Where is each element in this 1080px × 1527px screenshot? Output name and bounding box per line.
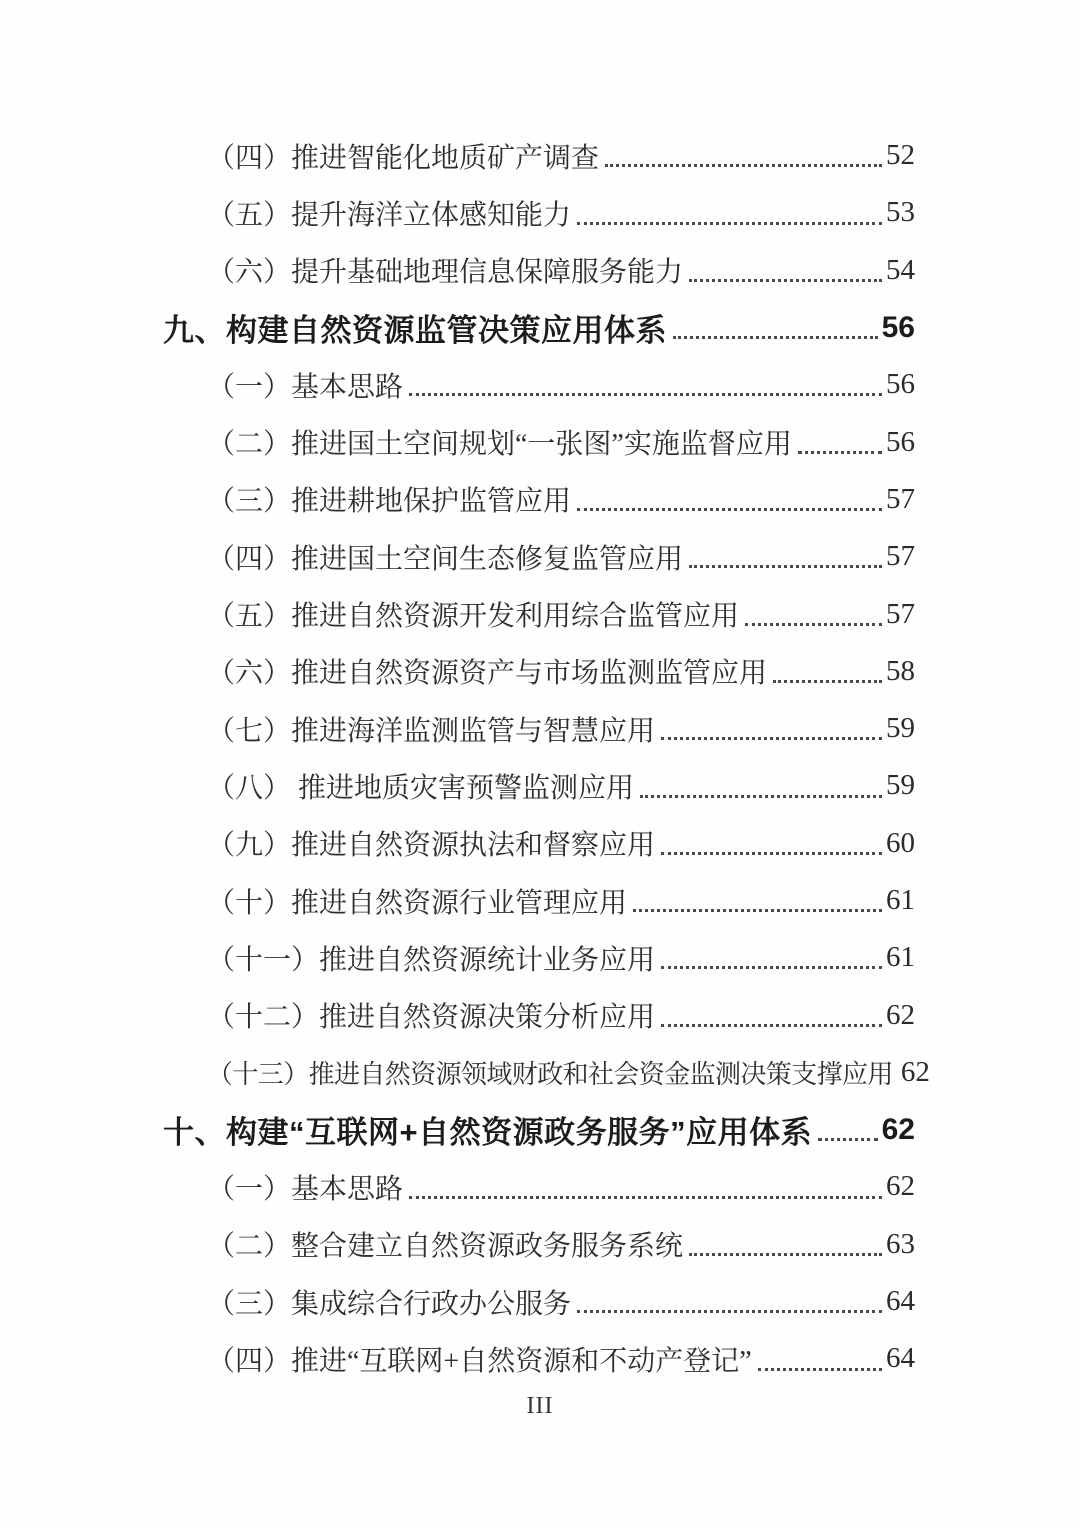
toc-entry-label: （五）推进自然资源开发利用综合监管应用 — [207, 594, 739, 634]
toc-entry: （三）推进耕地保护监管应用 57 — [163, 471, 915, 528]
dot-leader — [673, 299, 878, 339]
toc-entry: （七）推进海洋监测监管与智慧应用 59 — [163, 700, 915, 757]
toc-entry-page: 61 — [886, 941, 915, 974]
document-page: （四）推进智能化地质矿产调查 52 （五）提升海洋立体感知能力 53 （六）提升… — [0, 0, 1080, 1527]
toc-entry-label: （二）推进国土空间规划“一张图”实施监督应用 — [207, 422, 792, 462]
toc-entry: （五）提升海洋立体感知能力 53 — [163, 184, 915, 241]
toc-entry-label: （二）整合建立自然资源政务服务系统 — [207, 1224, 683, 1264]
dot-leader — [633, 872, 882, 912]
toc-entry-page: 54 — [886, 254, 915, 287]
dot-leader — [577, 1273, 882, 1313]
toc-entry: （十一）推进自然资源统计业务应用 61 — [163, 929, 915, 986]
toc-entry-page: 53 — [886, 196, 915, 229]
toc-entry-label: （六）提升基础地理信息保障服务能力 — [207, 250, 683, 290]
toc-entry: （四）推进国土空间生态修复监管应用 57 — [163, 528, 915, 585]
dot-leader — [605, 127, 882, 167]
toc-entry-page: 64 — [886, 1342, 915, 1375]
toc-entry: （十）推进自然资源行业管理应用 61 — [163, 872, 915, 929]
dot-leader — [689, 528, 882, 568]
toc-entry-page: 62 — [886, 1170, 915, 1203]
toc-entry-page: 56 — [882, 311, 915, 345]
dot-leader — [798, 413, 882, 453]
toc-entry: （九）推进自然资源执法和督察应用 60 — [163, 815, 915, 872]
toc-entry: （五）推进自然资源开发利用综合监管应用 57 — [163, 585, 915, 642]
toc-entry-page: 62 — [882, 1113, 915, 1147]
toc-entry: （一）基本思路 56 — [163, 356, 915, 413]
toc-entry: （二）推进国土空间规划“一张图”实施监督应用 56 — [163, 413, 915, 470]
toc-entry-label: 九、构建自然资源监管决策应用体系 — [163, 305, 667, 350]
toc-entry-page: 56 — [886, 368, 915, 401]
dot-leader — [409, 356, 882, 396]
dot-leader — [640, 757, 882, 797]
toc-entry-label: （四）推进智能化地质矿产调查 — [207, 136, 599, 176]
dot-leader — [661, 815, 882, 855]
toc-entry-label: （一）基本思路 — [207, 1167, 403, 1207]
toc-entry-label: （十）推进自然资源行业管理应用 — [207, 881, 627, 921]
toc-entry: （十二）推进自然资源决策分析应用 62 — [163, 986, 915, 1043]
toc-entry: （六）推进自然资源资产与市场监测监管应用 58 — [163, 643, 915, 700]
toc-entry: （一）基本思路 62 — [163, 1158, 915, 1215]
toc-entry-label: 十、构建“互联网+自然资源政务服务”应用体系 — [163, 1107, 812, 1152]
toc-entry-label: （四）推进“互联网+自然资源和不动产登记” — [207, 1339, 752, 1379]
toc-entry-page: 57 — [886, 598, 915, 631]
dot-leader — [577, 184, 882, 224]
toc-entry-label: （四）推进国土空间生态修复监管应用 — [207, 537, 683, 577]
toc-entry: 九、构建自然资源监管决策应用体系 56 — [163, 299, 915, 356]
toc-entry-page: 64 — [886, 1285, 915, 1318]
toc-entry-label: （一）基本思路 — [207, 365, 403, 405]
dot-leader — [577, 471, 882, 511]
toc-entry-label: （六）推进自然资源资产与市场监测监管应用 — [207, 651, 767, 691]
dot-leader — [895, 1044, 899, 1084]
toc-entry-page: 52 — [886, 139, 915, 172]
dot-leader — [661, 986, 882, 1026]
toc-entry-label: （十二）推进自然资源决策分析应用 — [207, 995, 655, 1035]
toc-entry-label: （十三）推进自然资源领域财政和社会资金监测决策支撑应用 — [207, 1054, 893, 1091]
toc-entry-label: （八） 推进地质灾害预警监测应用 — [207, 766, 634, 806]
dot-leader — [409, 1158, 882, 1198]
toc-entry: （三）集成综合行政办公服务 64 — [163, 1273, 915, 1330]
toc-entry-page: 61 — [886, 884, 915, 917]
toc-entry-page: 63 — [886, 1228, 915, 1261]
toc-entry-label: （三）集成综合行政办公服务 — [207, 1282, 571, 1322]
toc-entry-label: （三）推进耕地保护监管应用 — [207, 479, 571, 519]
toc-entry-page: 62 — [886, 999, 915, 1032]
toc-entry: （四）推进“互联网+自然资源和不动产登记” 64 — [163, 1330, 915, 1387]
toc-entry-page: 57 — [886, 540, 915, 573]
toc-entry-page: 57 — [886, 483, 915, 516]
toc-entry: （十三）推进自然资源领域财政和社会资金监测决策支撑应用 62 — [163, 1044, 915, 1101]
dot-leader — [661, 700, 882, 740]
page-footer-number: III — [0, 1393, 1080, 1420]
toc-entry-label: （五）提升海洋立体感知能力 — [207, 193, 571, 233]
toc-entry-label: （九）推进自然资源执法和督察应用 — [207, 823, 655, 863]
toc-entry: （六）提升基础地理信息保障服务能力 54 — [163, 242, 915, 299]
toc-entry: （四）推进智能化地质矿产调查 52 — [163, 127, 915, 184]
dot-leader — [745, 585, 882, 625]
toc-entry-page: 62 — [901, 1056, 930, 1089]
toc-entry-page: 56 — [886, 426, 915, 459]
toc-entry: （二）整合建立自然资源政务服务系统 63 — [163, 1216, 915, 1273]
toc-entry-label: （七）推进海洋监测监管与智慧应用 — [207, 709, 655, 749]
dot-leader — [689, 1216, 882, 1256]
toc-entry: （八） 推进地质灾害预警监测应用 59 — [163, 757, 915, 814]
toc-entry-page: 60 — [886, 827, 915, 860]
toc-entry-page: 58 — [886, 655, 915, 688]
toc-entry-page: 59 — [886, 712, 915, 745]
dot-leader — [689, 242, 882, 282]
dot-leader — [758, 1330, 882, 1370]
toc-list: （四）推进智能化地质矿产调查 52 （五）提升海洋立体感知能力 53 （六）提升… — [163, 127, 915, 1388]
toc-entry-label: （十一）推进自然资源统计业务应用 — [207, 938, 655, 978]
dot-leader — [818, 1101, 878, 1141]
dot-leader — [773, 643, 882, 683]
toc-entry: 十、构建“互联网+自然资源政务服务”应用体系 62 — [163, 1101, 915, 1158]
toc-entry-page: 59 — [886, 769, 915, 802]
dot-leader — [661, 929, 882, 969]
